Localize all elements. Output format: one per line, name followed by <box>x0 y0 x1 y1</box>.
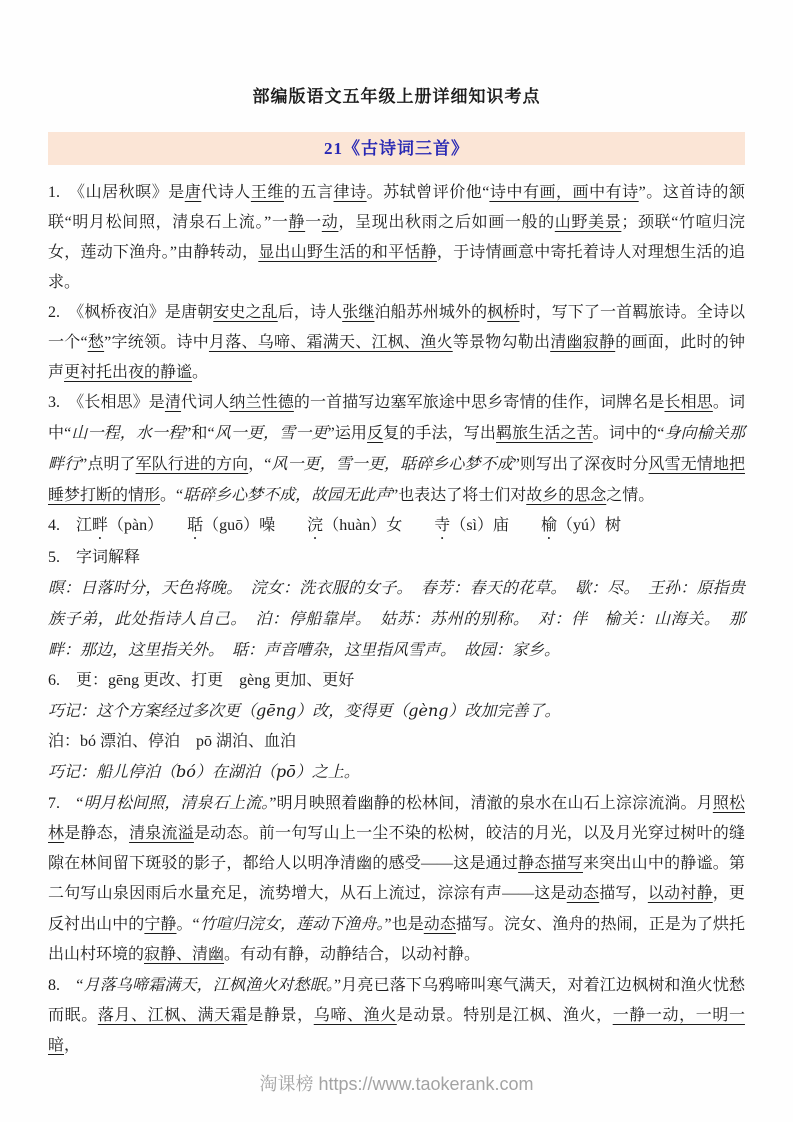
text-segment: ”也是 <box>384 916 423 933</box>
text-segment: 3. 《长相思》是 <box>48 394 165 411</box>
text-segment: 5. 字词解释 <box>48 549 140 566</box>
para-5-body: 暝：日落时分，天色将晚。 浣女：洗衣服的女子。 春芳：春天的花草。 歇：尽。 王… <box>48 573 745 666</box>
text-segment: 等景物勾勒出 <box>453 334 551 351</box>
text-segment: 清 <box>165 394 181 411</box>
text-segment: 风一更，雪一更 <box>215 423 328 442</box>
text-segment: 代词人 <box>181 394 229 411</box>
text-segment: 一 <box>305 214 322 231</box>
para-1: 1. 《山居秋暝》是唐代诗人王维的五言律诗。苏轼曾评价他“诗中有画，画中有诗”。… <box>48 178 745 298</box>
para-6-geng-tip: 巧记：这个方案经过多次更（gēng）改，变得更（gèng）改加完善了。 <box>48 696 745 727</box>
text-segment: 2. 《枫桥夜泊》是唐朝 <box>48 304 213 321</box>
text-segment: 愁 <box>88 334 105 351</box>
text-segment: 是静态， <box>64 825 129 842</box>
text-segment: 诗中有画，画中有诗 <box>489 184 638 201</box>
text-segment: 。 <box>192 364 208 381</box>
text-segment: 之情。 <box>606 487 654 504</box>
text-segment: （sì）庙 <box>450 517 541 534</box>
text-segment: 长相思 <box>664 394 712 411</box>
text-segment: 落月、江枫、满天霜 <box>98 1007 247 1024</box>
text-segment: 反 <box>367 425 383 442</box>
text-segment: 枫桥 <box>487 304 519 321</box>
text-segment: 4. 江 <box>48 517 92 534</box>
text-segment: 巧记：这个方案经过多次更（gēng）改，变得更（gèng）改加完善了。 <box>48 701 561 720</box>
para-6-geng: 6. 更：gēng 更改、打更 gèng 更加、更好 <box>48 666 745 696</box>
text-segment: 后，诗人 <box>278 304 342 321</box>
footer-watermark: 淘课榜 https://www.taokerank.com <box>0 1070 793 1096</box>
text-segment: 畔 <box>92 517 108 534</box>
text-segment: 巧记：船儿停泊（bó）在湖泊（pō）之上。 <box>48 762 360 781</box>
text-segment: 7. “ <box>48 795 83 812</box>
text-segment: 唐 <box>185 184 202 201</box>
text-segment: 清泉流溢 <box>129 825 194 842</box>
document-body: 1. 《山居秋暝》是唐代诗人王维的五言律诗。苏轼曾评价他“诗中有画，画中有诗”。… <box>48 178 745 1061</box>
text-segment: 代诗人 <box>201 184 251 201</box>
text-segment: 月落乌啼霜满天，江枫渔火对愁眠。 <box>83 975 334 994</box>
text-segment: 动态 <box>567 885 599 902</box>
text-segment: 明月松间照，清泉石上流。 <box>83 793 269 812</box>
para-4: 4. 江畔（pàn） 聒（guō）噪 浣（huàn）女 寺（sì）庙 榆（yú）… <box>48 511 745 543</box>
text-segment: 月落、乌啼、霜满天、江枫、渔火 <box>209 334 453 351</box>
text-segment: 1. 《山居秋暝》是 <box>48 184 185 201</box>
text-segment: 是静景， <box>247 1007 313 1024</box>
text-segment: 纳兰性德 <box>229 394 293 411</box>
text-segment: 的一首描写边塞军旅途中思乡寄情的佳作，词牌名是 <box>294 394 665 411</box>
text-segment: 6. 更：gēng 更改、打更 gèng 更加、更好 <box>48 672 354 689</box>
text-segment: 。“ <box>160 487 183 504</box>
text-segment: （huàn）女 <box>323 517 434 534</box>
text-segment: ，“ <box>248 456 271 473</box>
section-header-label: 21《古诗词三首》 <box>324 139 469 158</box>
text-segment: 暝：日落时分，天色将晚。 浣女：洗衣服的女子。 春芳：春天的花草。 歇：尽。 王… <box>48 578 745 659</box>
text-segment: ”和“ <box>184 425 214 442</box>
text-segment: 安史之乱 <box>213 304 277 321</box>
text-segment: 动 <box>322 214 339 231</box>
text-segment: 。有动有静，动静结合，以动衬静。 <box>224 946 480 963</box>
text-segment: 复的手法，写出 <box>383 425 496 442</box>
text-segment: （pàn） <box>108 517 187 534</box>
para-3: 3. 《长相思》是清代词人纳兰性德的一首描写边塞军旅途中思乡寄情的佳作，词牌名是… <box>48 388 745 511</box>
document-page: 部编版语文五年级上册详细知识考点 21《古诗词三首》 1. 《山居秋暝》是唐代诗… <box>0 0 793 1122</box>
text-segment: 浣 <box>307 517 323 534</box>
para-6-bo-tip: 巧记：船儿停泊（bó）在湖泊（pō）之上。 <box>48 757 745 788</box>
text-segment: 竹喧归浣女，莲动下渔舟。 <box>200 914 385 933</box>
text-segment: 山一程，水一程 <box>71 423 184 442</box>
text-segment: 以动衬静 <box>648 885 713 902</box>
text-segment: 8. “ <box>48 977 83 994</box>
para-2: 2. 《枫桥夜泊》是唐朝安史之乱后，诗人张继泊船苏州城外的枫桥时，写下了一首羁旅… <box>48 298 745 388</box>
text-segment: 军队行进的方向 <box>136 456 249 473</box>
para-5-heading: 5. 字词解释 <box>48 543 745 573</box>
para-7: 7. “明月松间照，清泉石上流。”明月映照着幽静的松林间，清澈的泉水在山石上淙淙… <box>48 788 745 970</box>
text-segment: 乌啼、渔火 <box>314 1007 397 1024</box>
text-segment: 泊：bó 漂泊、停泊 pō 湖泊、血泊 <box>48 733 296 750</box>
section-header-band: 21《古诗词三首》 <box>48 132 745 165</box>
text-segment: ”点明了 <box>80 456 135 473</box>
text-segment: ”也表达了将士们对 <box>391 487 526 504</box>
text-segment: 张继 <box>342 304 374 321</box>
text-segment: ”则写出了深夜时分 <box>513 456 649 473</box>
text-segment: 显出山野生活的和平恬静 <box>258 244 437 261</box>
text-segment: 羁旅生活之苦 <box>496 425 593 442</box>
text-segment: 风一更，雪一更，聒碎乡心梦不成 <box>271 454 512 473</box>
text-segment: （yú）树 <box>557 517 621 534</box>
text-segment: 故乡的思念 <box>526 487 606 504</box>
text-segment: 描写， <box>599 885 648 902</box>
text-segment: 。“ <box>177 916 200 933</box>
text-segment: ，呈现出秋雨之后如画一般的 <box>338 214 554 231</box>
text-segment: 榆 <box>541 517 557 534</box>
document-title: 部编版语文五年级上册详细知识考点 <box>48 86 745 108</box>
text-segment: ”字统领。诗中 <box>104 334 209 351</box>
text-segment: ， <box>64 1037 80 1054</box>
text-segment: ”运用 <box>328 425 367 442</box>
text-segment: 的五言 <box>284 184 334 201</box>
text-segment: 是动景。特别是江枫、渔火， <box>397 1007 613 1024</box>
text-segment: ”明月映照着幽静的松林间，清澈的泉水在山石上淙淙流淌。月 <box>269 795 712 812</box>
text-segment: 律诗 <box>334 184 367 201</box>
text-segment: 。词中的“ <box>593 425 665 442</box>
text-segment: （guō）噪 <box>203 517 307 534</box>
para-8: 8. “月落乌啼霜满天，江枫渔火对愁眠。”月亮已落下乌鸦啼叫寒气满天，对着江边枫… <box>48 970 745 1061</box>
text-segment: 寺 <box>434 517 450 534</box>
text-segment: 静 <box>288 214 305 231</box>
text-segment: 。苏轼曾评价他“ <box>367 184 490 201</box>
text-segment: 动态 <box>424 916 456 933</box>
text-segment: 寂静、清幽 <box>144 946 224 963</box>
text-segment: 清幽寂静 <box>550 334 615 351</box>
text-segment: 宁静 <box>144 916 176 933</box>
text-segment: 静态描写 <box>518 855 583 872</box>
text-segment: 泊船苏州城外的 <box>374 304 487 321</box>
text-segment: 王维 <box>251 184 284 201</box>
text-segment: 聒碎乡心梦不成，故园无此声 <box>183 485 391 504</box>
text-segment: 山野美景 <box>555 214 622 231</box>
text-segment: 更衬托出夜的静谧 <box>64 364 192 381</box>
para-6-bo: 泊：bó 漂泊、停泊 pō 湖泊、血泊 <box>48 727 745 757</box>
text-segment: 聒 <box>187 517 203 534</box>
